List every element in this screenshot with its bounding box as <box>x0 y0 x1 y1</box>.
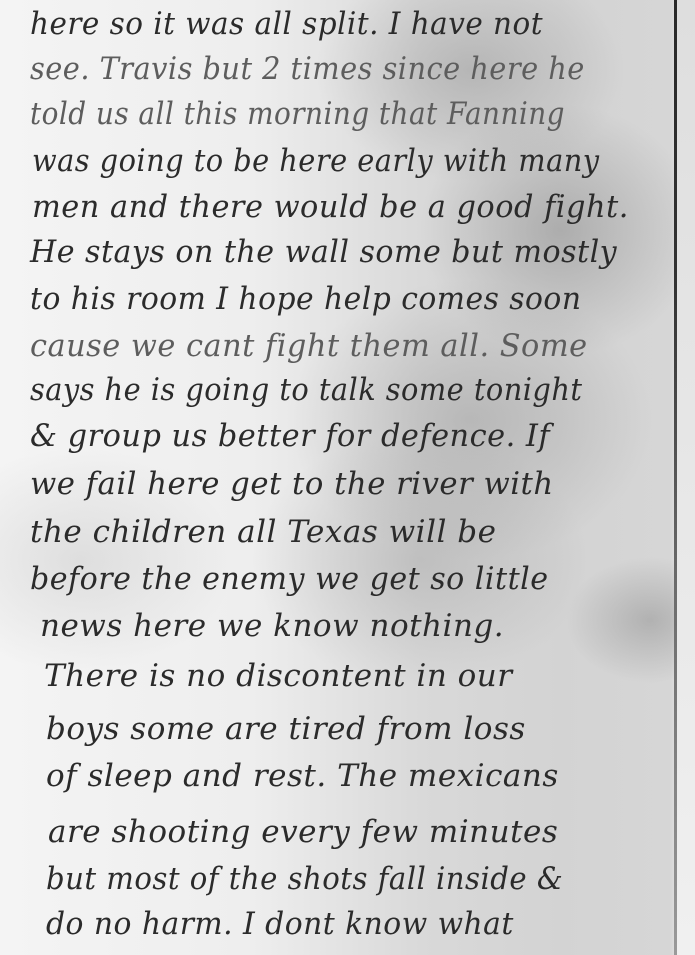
letter-line: He stays on the wall some but mostly <box>30 234 617 270</box>
letter-line: before the enemy we get so little <box>30 561 549 597</box>
letter-line: There is no discontent in our <box>44 658 513 694</box>
letter-line: the children all Texas will be <box>30 514 496 550</box>
letter-line: was going to be here early with many <box>32 143 600 179</box>
page-edge <box>677 0 695 955</box>
letter-line: to his room I hope help comes soon <box>30 281 581 317</box>
letter-line: cause we cant fight them all. Some <box>30 328 588 364</box>
letter-line: we fail here get to the river with <box>30 466 554 502</box>
letter-line: are shooting every few minutes <box>48 814 558 850</box>
letter-line: & group us better for defence. If <box>30 418 550 454</box>
letter-line: here so it was all split. I have not <box>30 6 543 42</box>
scanned-letter-page: here so it was all split. I have not see… <box>0 0 695 955</box>
letter-line: men and there would be a good fight. <box>32 189 629 225</box>
page-border-line <box>674 0 677 955</box>
letter-line: of sleep and rest. The mexicans <box>46 758 559 794</box>
letter-line: but most of the shots fall inside & <box>46 861 563 897</box>
letter-line: told us all this morning that Fanning <box>30 96 565 132</box>
letter-line: news here we know nothing. <box>40 608 504 644</box>
letter-line: see. Travis but 2 times since here he <box>30 51 585 87</box>
letter-line: do no harm. I dont know what <box>46 906 514 942</box>
letter-line: says he is going to talk some tonight <box>30 372 582 408</box>
letter-line: boys some are tired from loss <box>46 711 526 747</box>
